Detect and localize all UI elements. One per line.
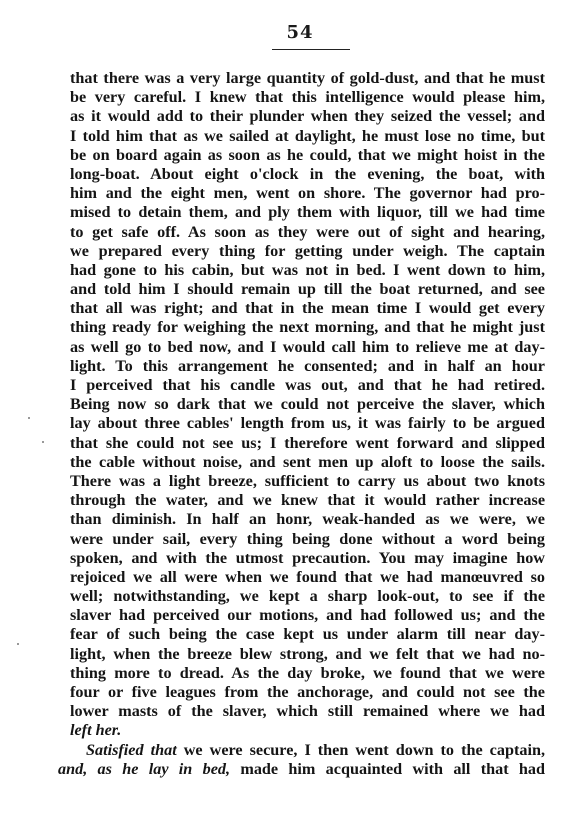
line-rest: made him acquainted with all that had (230, 760, 545, 778)
text-line: Satisfied that we were secure, I then we… (70, 741, 545, 760)
text-line: four or five leagues from the anchorage,… (70, 683, 545, 702)
text-line: Being now so dark that we could not perc… (70, 395, 545, 414)
text-line: be on board again as soon as he could, t… (70, 146, 545, 165)
text-line: be very careful. I knew that this intell… (70, 88, 545, 107)
text-line: had gone to his cabin, but was not in be… (70, 261, 545, 280)
text-line: well; notwithstanding, we kept a sharp l… (70, 587, 545, 606)
text-line: through the water, and we knew that it w… (70, 491, 545, 510)
italic-phrase: and, as he lay in bed, (58, 760, 230, 778)
text-line: rejoiced we all were when we found that … (70, 568, 545, 587)
text-line: were under sail, every thing being done … (70, 530, 545, 549)
line-rest: we were secure, I then went down to the … (177, 741, 545, 759)
text-line: and, as he lay in bed, made him acquaint… (58, 760, 545, 779)
scan-speck (42, 441, 44, 443)
scan-speck (17, 643, 19, 645)
text-line: slaver had perceived our motions, and ha… (70, 606, 545, 625)
text-line: fear of such being the case kept us unde… (70, 625, 545, 644)
scan-speck (28, 417, 30, 419)
header-rule (272, 49, 350, 50)
text-line: light. To this arrangement he consented;… (70, 357, 545, 376)
text-line: long-boat. About eight o'clock in the ev… (70, 165, 545, 184)
text-line: than diminish. In half an honr, weak-han… (70, 510, 545, 529)
body-text: that there was a very large quantity of … (70, 69, 545, 779)
italic-phrase: Satisfied that (86, 741, 177, 759)
text-line: thing ready for weighing the next mornin… (70, 318, 545, 337)
text-line: him and the eight men, went on shore. Th… (70, 184, 545, 203)
text-line: the cable without noise, and sent men up… (70, 453, 545, 472)
text-line: thing more to dread. As the day broke, w… (70, 664, 545, 683)
text-line: mised to detain them, and ply them with … (70, 203, 545, 222)
text-line: as well go to bed now, and I would call … (70, 338, 545, 357)
page-number: 54 (0, 22, 575, 43)
text-line: I told him that as we sailed at daylight… (70, 127, 545, 146)
text-line: lay about three cables' length from us, … (70, 414, 545, 433)
text-line: as it would add to their plunder when th… (70, 107, 545, 126)
text-line: that there was a very large quantity of … (70, 69, 545, 88)
text-line: that she could not see us; I therefore w… (70, 434, 545, 453)
text-line: to get safe off. As soon as they were ou… (70, 223, 545, 242)
text-line: spoken, and with the utmost precaution. … (70, 549, 545, 568)
text-line: I perceived that his candle was out, and… (70, 376, 545, 395)
text-line: lower masts of the slaver, which still r… (70, 702, 545, 721)
text-line: There was a light breeze, sufficient to … (70, 472, 545, 491)
text-line: we prepared every thing for getting unde… (70, 242, 545, 261)
text-line: left her. (70, 721, 545, 740)
text-line: and told him I should remain up till the… (70, 280, 545, 299)
text-line: light, when the breeze blew strong, and … (70, 645, 545, 664)
text-line: that all was right; and that in the mean… (70, 299, 545, 318)
